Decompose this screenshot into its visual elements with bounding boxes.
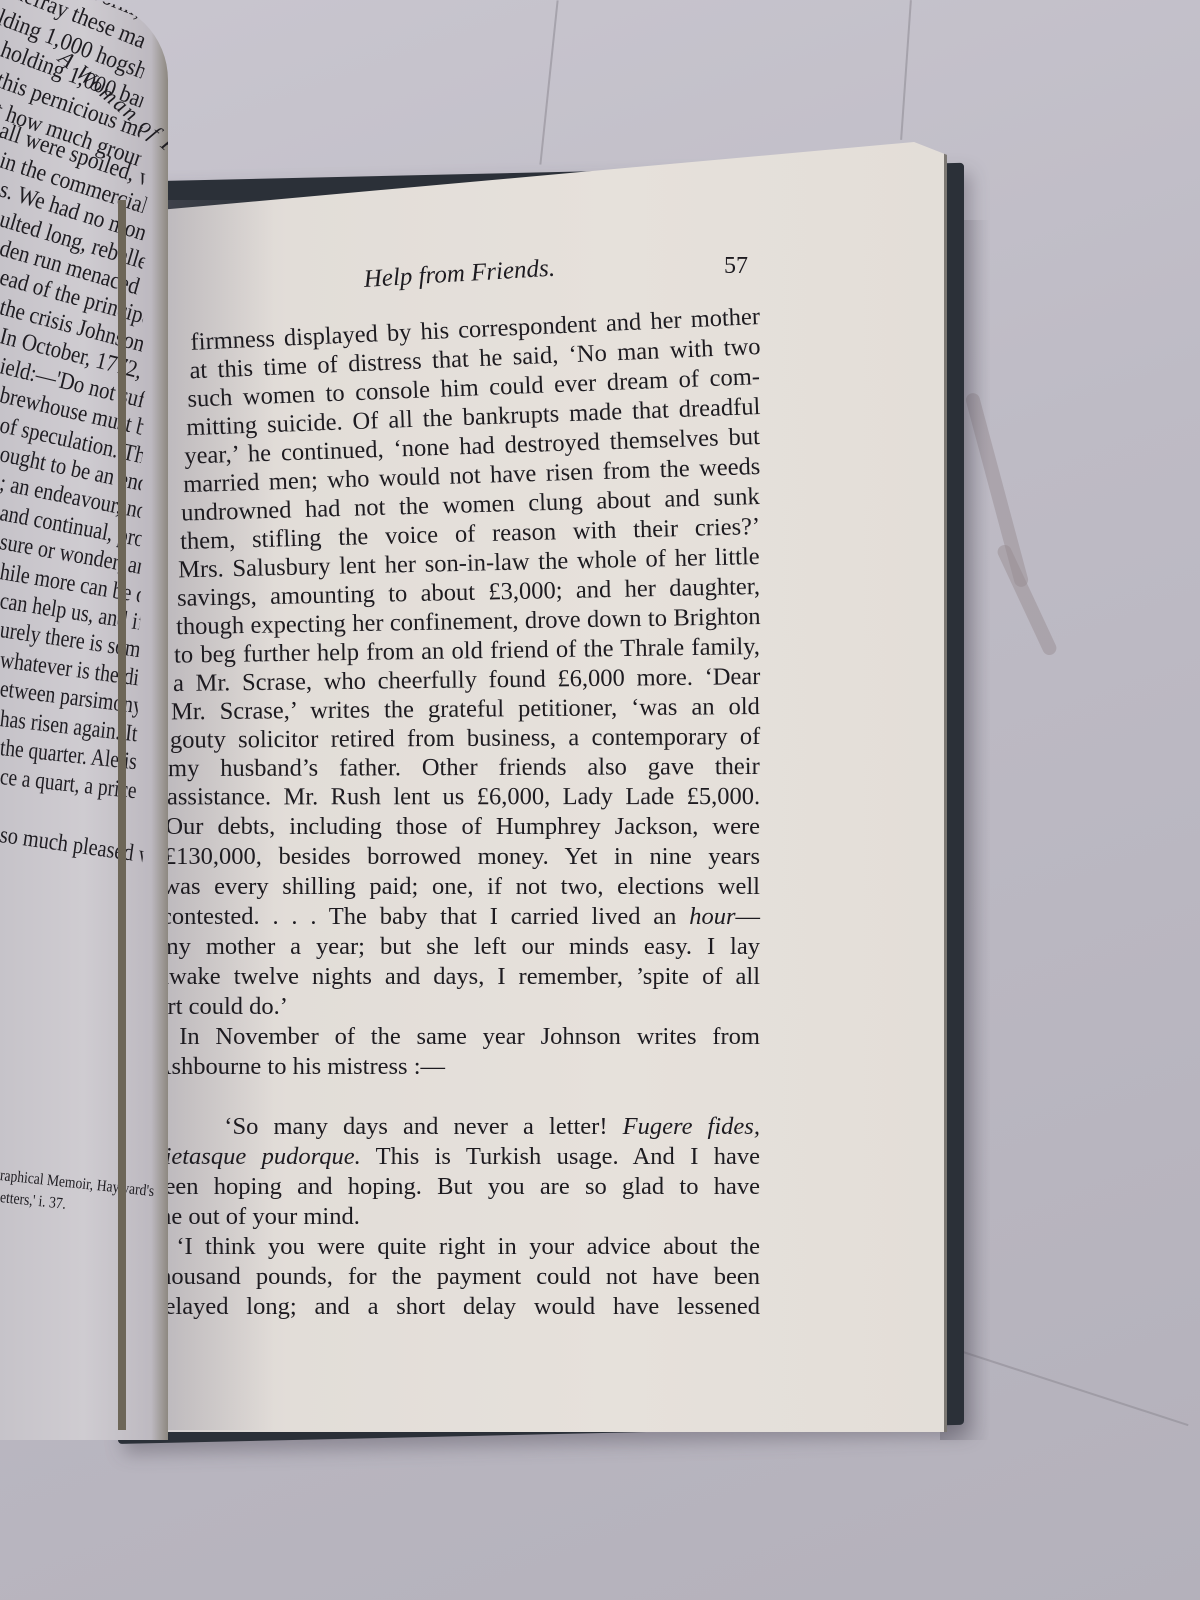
- text-line: Our debts, including those of Humphrey J…: [165, 812, 760, 842]
- italic-text: hour: [689, 903, 735, 930]
- text-line: Ashbourne to his mistress :—: [154, 1052, 760, 1082]
- text-line: contested. . . . The baby that I carried…: [161, 902, 760, 932]
- paint-stain: [995, 543, 1058, 658]
- text-line: ‘So many days and never a letter! Fugere…: [224, 1112, 760, 1142]
- text-line: my mother a year; but she left our minds…: [160, 932, 760, 962]
- text-line: delayed long; and a short delay would ha…: [152, 1292, 760, 1322]
- text-line: me out of your mind.: [152, 1202, 760, 1232]
- text-line: gouty solicitor retired from business, a…: [170, 722, 760, 756]
- text-line: awake twelve nights and days, I remember…: [158, 962, 760, 992]
- text-line: been hoping and hoping. But you are so g…: [152, 1172, 760, 1202]
- text-line: £130,000, besides borrowed money. Yet in…: [164, 842, 760, 872]
- book-spine-edge: [118, 200, 126, 1430]
- text-line: ‘I think you were quite right in your ad…: [176, 1232, 760, 1262]
- text-line: assistance. Mr. Rush lent us £6,000, Lad…: [167, 782, 760, 812]
- text-line: art could do.’: [157, 992, 760, 1022]
- verso-body-text: s from the worm; eitherto defray these m…: [0, 0, 168, 850]
- surface-crack: [960, 1350, 1189, 1426]
- surface-crack: [900, 0, 912, 140]
- surface-crack: [539, 0, 558, 164]
- page-number: 57: [724, 253, 748, 280]
- text-line: In November of the same year Johnson wri…: [179, 1022, 760, 1052]
- text-line: pietasque pudorque. This is Turkish usag…: [152, 1142, 760, 1172]
- verso-footnote: raphical Memoir, Hayward'setters,' i. 37…: [0, 1165, 168, 1209]
- italic-text: Fugere fides,: [623, 1113, 760, 1140]
- left-page: A Woman of Fashion s from the worm; eith…: [0, 0, 168, 1440]
- text-line: was every shilling paid; one, if not two…: [162, 872, 760, 902]
- italic-text: pietasque pudorque.: [152, 1143, 360, 1170]
- text-line: thousand pounds, for the payment could n…: [152, 1262, 760, 1292]
- text-line: my husband’s father. Other friends also …: [168, 752, 760, 784]
